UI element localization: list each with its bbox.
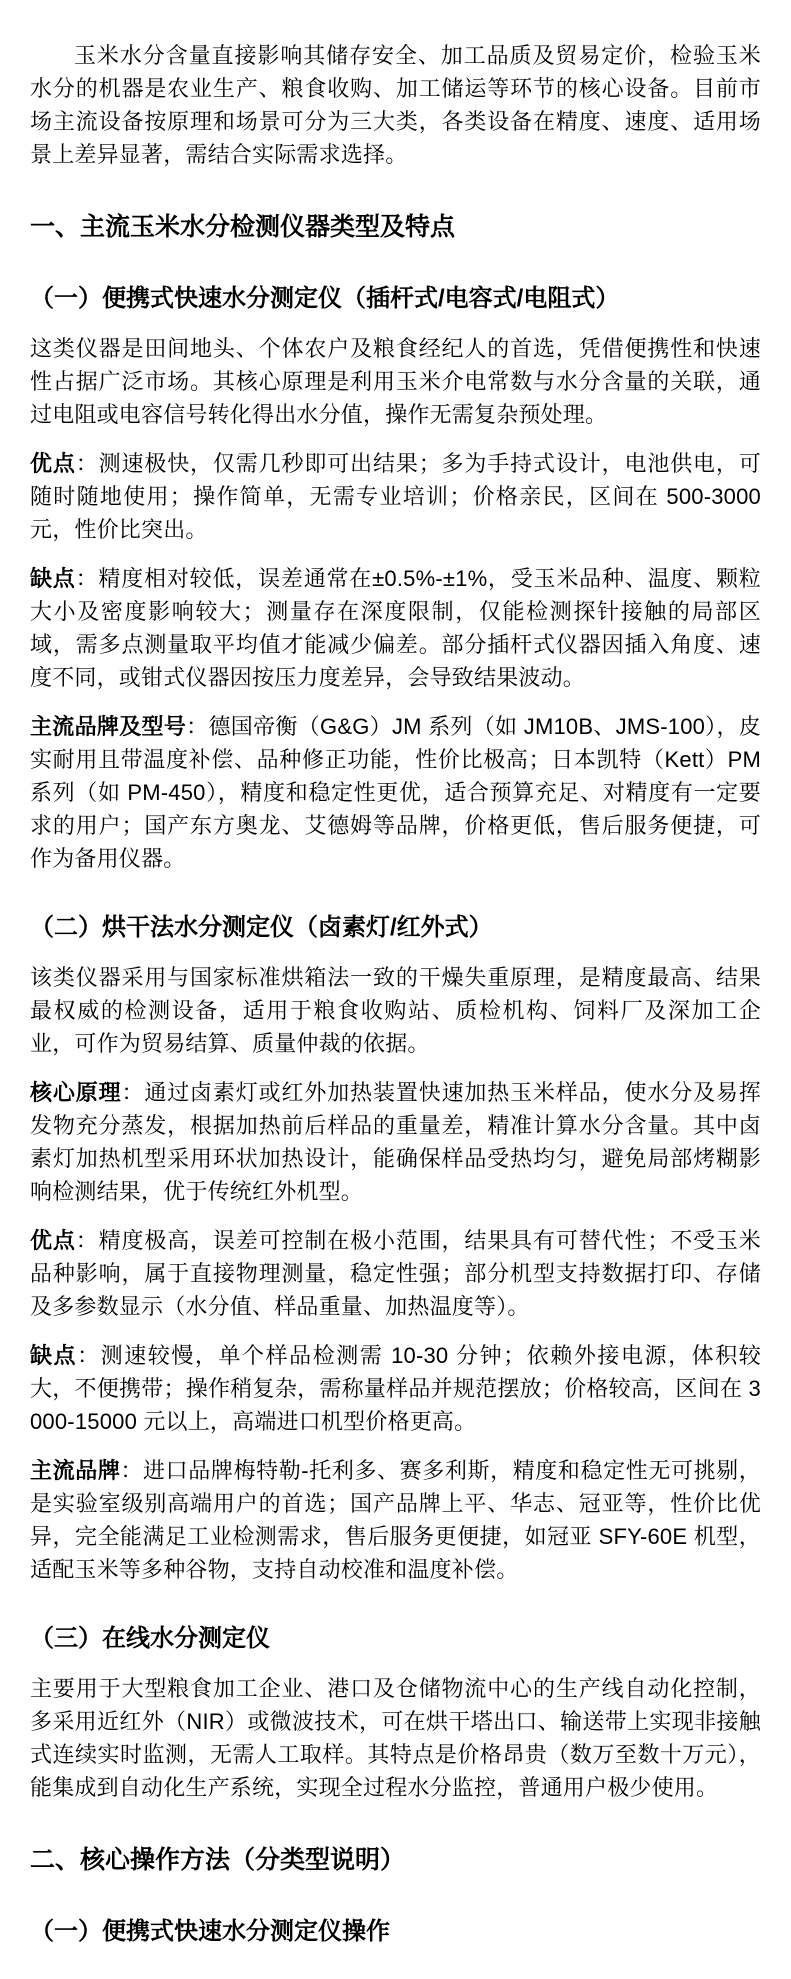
paragraph-drying-intro: 该类仪器采用与国家标准烘箱法一致的干燥失重原理，是精度最高、结果最权威的检测设备… xyxy=(30,961,761,1060)
paragraph-label-brands: 主流品牌及型号 xyxy=(30,714,186,739)
paragraph-portable-brands: 主流品牌及型号：德国帝衡（G&G）JM 系列（如 JM10B、JMS-100），… xyxy=(30,710,761,875)
article-body: 玉米水分含量直接影响其储存安全、加工品质及贸易定价，检验玉米水分的机器是农业生产… xyxy=(0,0,791,1979)
paragraph-intro: 玉米水分含量直接影响其储存安全、加工品质及贸易定价，检验玉米水分的机器是农业生产… xyxy=(30,39,761,171)
paragraph-text-cons: ：精度相对较低，误差通常在±0.5%-±1%，受玉米品种、温度、颗粒大小及密度影… xyxy=(30,566,761,690)
paragraph-portable-intro: 这类仪器是田间地头、个体农户及粮食经纪人的首选，凭借便携性和快速性占据广泛市场。… xyxy=(30,332,761,431)
heading-section-2: 二、核心操作方法（分类型说明） xyxy=(30,1842,761,1879)
paragraph-drying-pros: 优点：精度极高，误差可控制在极小范围，结果具有可替代性；不受玉米品种影响，属于直… xyxy=(30,1224,761,1323)
paragraph-drying-brands: 主流品牌：进口品牌梅特勒-托利多、赛多利斯，精度和稳定性无可挑剔，是实验室级别高… xyxy=(30,1454,761,1586)
paragraph-label-principle: 核心原理 xyxy=(30,1080,121,1105)
heading-subsection-1-2: （二）烘干法水分测定仪（卤素灯/红外式） xyxy=(30,911,761,945)
paragraph-text-pros-2: ：精度极高，误差可控制在极小范围，结果具有可替代性；不受玉米品种影响，属于直接物… xyxy=(30,1228,761,1319)
paragraph-drying-cons: 缺点：测速较慢，单个样品检测需 10-30 分钟；依赖外接电源，体积较大，不便携… xyxy=(30,1339,761,1438)
paragraph-label-pros-2: 优点 xyxy=(30,1228,76,1253)
paragraph-text-cons-2: ：测速较慢，单个样品检测需 10-30 分钟；依赖外接电源，体积较大，不便携带；… xyxy=(30,1343,761,1434)
paragraph-label-cons: 缺点 xyxy=(30,566,76,591)
heading-subsection-1-1: （一）便携式快速水分测定仪（插杆式/电容式/电阻式） xyxy=(30,282,761,316)
paragraph-label-brands-2: 主流品牌 xyxy=(30,1458,120,1483)
paragraph-drying-principle: 核心原理：通过卤素灯或红外加热装置快速加热玉米样品，使水分及易挥发物充分蒸发，根… xyxy=(30,1076,761,1208)
paragraph-label-pros: 优点 xyxy=(30,451,76,476)
heading-subsection-1-3: （三）在线水分测定仪 xyxy=(30,1622,761,1656)
paragraph-label-cons-2: 缺点 xyxy=(30,1343,77,1368)
heading-section-1: 一、主流玉米水分检测仪器类型及特点 xyxy=(30,209,761,246)
heading-subsection-2-1: （一）便携式快速水分测定仪操作 xyxy=(30,1915,761,1949)
paragraph-portable-cons: 缺点：精度相对较低，误差通常在±0.5%-±1%，受玉米品种、温度、颗粒大小及密… xyxy=(30,562,761,694)
paragraph-text-pros: ：测速极快，仅需几秒即可出结果；多为手持式设计，电池供电，可随时随地使用；操作简… xyxy=(30,451,761,542)
paragraph-text-brands-2: ：进口品牌梅特勒-托利多、赛多利斯，精度和稳定性无可挑剔，是实验室级别高端用户的… xyxy=(30,1458,761,1582)
paragraph-text-principle: ：通过卤素灯或红外加热装置快速加热玉米样品，使水分及易挥发物充分蒸发，根据加热前… xyxy=(30,1080,761,1204)
paragraph-portable-pros: 优点：测速极快，仅需几秒即可出结果；多为手持式设计，电池供电，可随时随地使用；操… xyxy=(30,447,761,546)
paragraph-online-intro: 主要用于大型粮食加工企业、港口及仓储物流中心的生产线自动化控制，多采用近红外（N… xyxy=(30,1672,761,1804)
